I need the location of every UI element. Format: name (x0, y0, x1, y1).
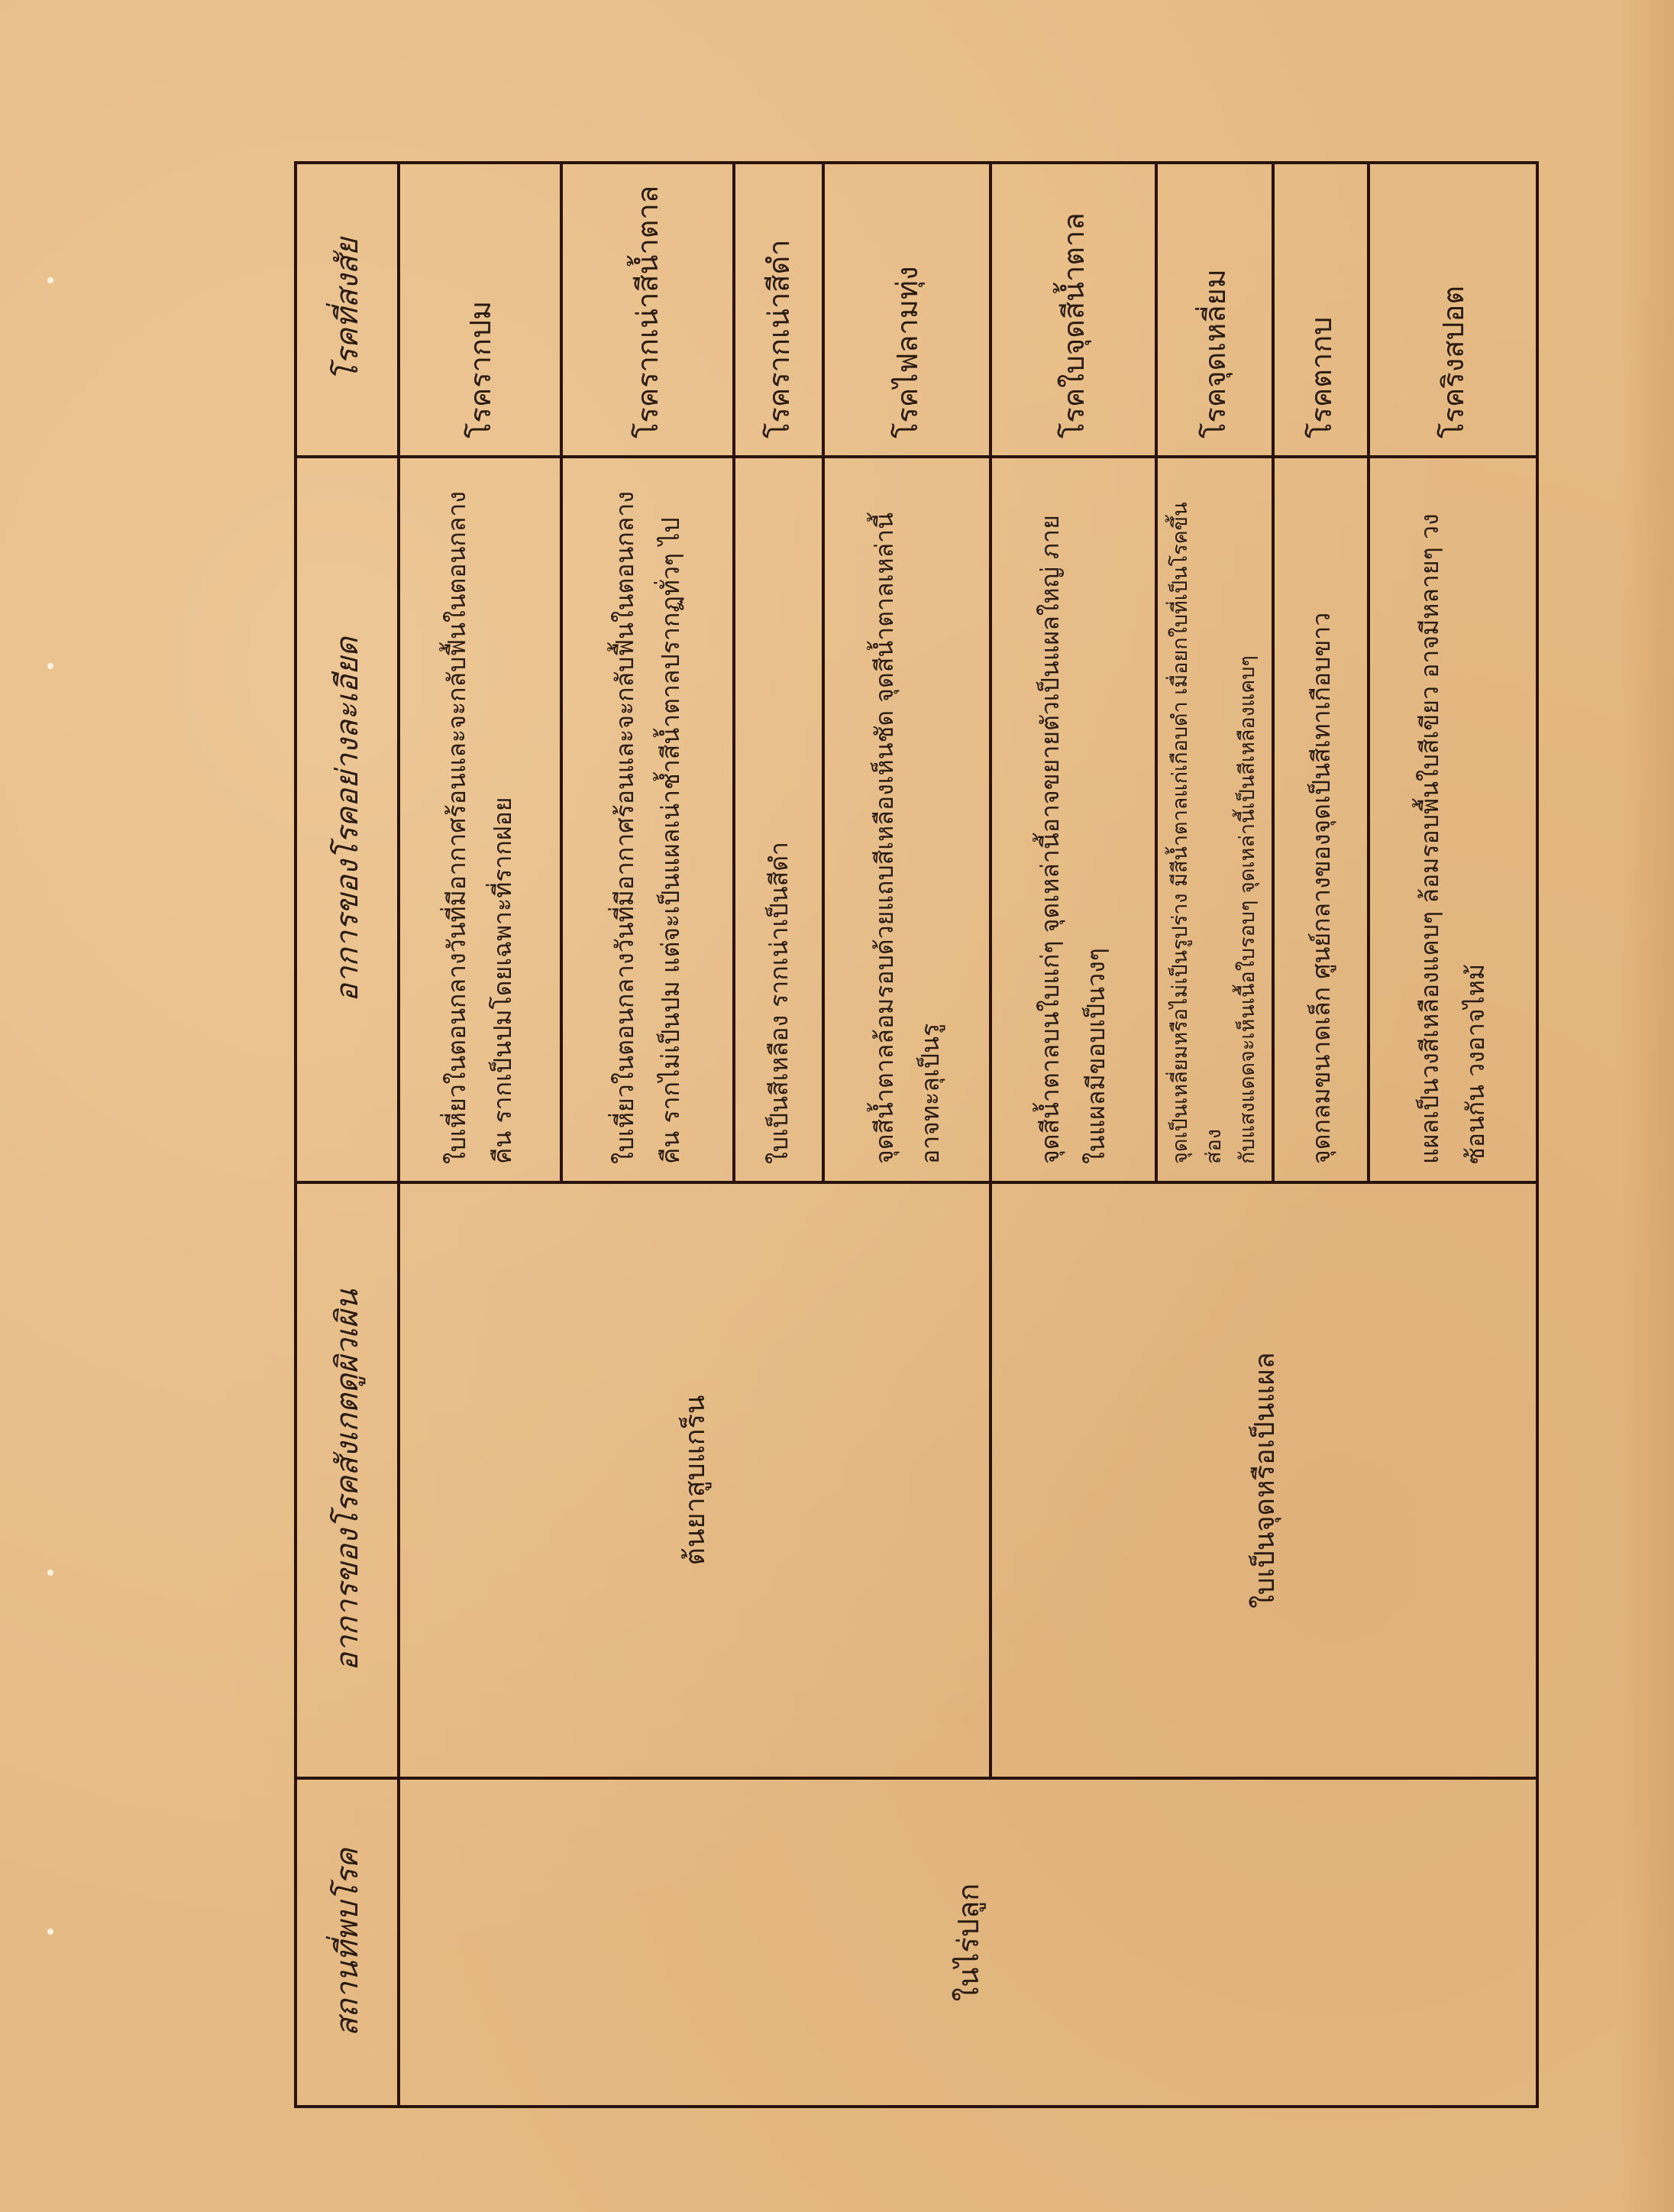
detail-cell: ใบเหี่ยวในตอนกลางวันที่มีอากาศร้อนและจะก… (561, 457, 734, 1182)
detail-line: จุดสีน้ำตาลล้อมรอบด้วยแถบสีเหลืองเห็นชัด… (861, 475, 907, 1164)
paper-edge-shadow (1621, 0, 1674, 2212)
disease-cell: โรครากเน่าสีน้ำตาล (561, 163, 734, 457)
disease-cell: โรคจุดเหลี่ยม (1156, 163, 1274, 457)
punch-hole (47, 1929, 53, 1935)
detail-line: ในแผลมีขอบเป็นวงๆ (1073, 475, 1119, 1164)
header-location: สถานที่พบโรค (296, 1778, 399, 2107)
detail-cell: จุดสีน้ำตาลล้อมรอบด้วยแถบสีเหลืองเห็นชัด… (823, 457, 991, 1182)
rotated-table-frame: สถานที่พบโรค อาการของโรคสังเกตดูผิวเผิน … (294, 164, 1554, 2108)
disease-cell: โรคใบจุดสีน้ำตาล (991, 163, 1155, 457)
detail-line: จุดเป็นเหลี่ยมหรือไม่เป็นรูปร่าง มีสีน้ำ… (1164, 475, 1231, 1164)
punch-hole (47, 277, 53, 283)
detail-line: อาจทะลุเป็นรู (907, 475, 953, 1164)
detail-line: คืน รากเป็นปมโดยเฉพาะที่รากฝอย (480, 475, 525, 1164)
detail-line: ใบเป็นสีเหลือง รากเน่าเป็นสีดำ (756, 475, 802, 1164)
disease-cell: โรครากปม (399, 163, 561, 457)
detail-cell: จุดสีน้ำตาลบนใบแก่ๆ จุดเหล่านี้อาจขยายตั… (991, 457, 1155, 1182)
header-detailed-symptoms: อาการของโรคอย่างละเอียด (296, 457, 399, 1182)
detail-line: ใบเหี่ยวในตอนกลางวันที่มีอากาศร้อนและจะก… (602, 475, 648, 1164)
detail-cell: จุดเป็นเหลี่ยมหรือไม่เป็นรูปร่าง มีสีน้ำ… (1156, 457, 1274, 1182)
disease-cell: โรคไฟลามทุ่ง (823, 163, 991, 457)
detail-cell: จุดกลมขนาดเล็ก ศูนย์กลางของจุดเป็นสีเทาเ… (1273, 457, 1369, 1182)
location-cell: ในไร่ปลูก (399, 1778, 1537, 2107)
table-row: ในไร่ปลูก ต้นยาสูบแกร็น ใบเหี่ยวในตอนกลา… (399, 163, 561, 2107)
header-surface-symptoms: อาการของโรคสังเกตดูผิวเผิน (296, 1182, 399, 1778)
disease-cell: โรคตากบ (1273, 163, 1369, 457)
detail-line: จุดสีน้ำตาลบนใบแก่ๆ จุดเหล่านี้อาจขยายตั… (1027, 475, 1073, 1164)
detail-cell: ใบเหี่ยวในตอนกลางวันที่มีอากาศร้อนและจะก… (399, 457, 561, 1182)
detail-line: แผลเป็นวงสีเหลืองแคบๆ ล้อมรอบพื้นใบสีเขี… (1407, 475, 1453, 1164)
detail-line: คืน รากไม่เป็นปม แต่จะเป็นแผลเน่าช้ำสีน้… (648, 475, 693, 1164)
disease-table: สถานที่พบโรค อาการของโรคสังเกตดูผิวเผิน … (294, 161, 1539, 2108)
header-row: สถานที่พบโรค อาการของโรคสังเกตดูผิวเผิน … (296, 163, 399, 2107)
detail-line: กับแสงแดดจะเห็นเนื้อใบรอบๆ จุดเหล่านี้เป… (1231, 475, 1265, 1164)
header-suspected-disease: โรคที่สงสัย (296, 163, 399, 457)
punch-hole (47, 1570, 53, 1576)
surface-symptom-cell: ใบเป็นจุดหรือเป็นแผล (991, 1182, 1537, 1778)
disease-cell: โรคริงสปอต (1369, 163, 1537, 457)
disease-cell: โรครากเน่าสีดำ (734, 163, 824, 457)
detail-line: ใบเหี่ยวในตอนกลางวันที่มีอากาศร้อนและจะก… (434, 475, 480, 1164)
detail-line: จุดกลมขนาดเล็ก ศูนย์กลางของจุดเป็นสีเทาเ… (1298, 475, 1344, 1164)
detail-cell: ใบเป็นสีเหลือง รากเน่าเป็นสีดำ (734, 457, 824, 1182)
detail-line: ซ้อนกัน วงอาจไหม้ (1453, 475, 1498, 1164)
punch-hole (47, 663, 53, 669)
surface-symptom-cell: ต้นยาสูบแกร็น (399, 1182, 991, 1778)
detail-cell: แผลเป็นวงสีเหลืองแคบๆ ล้อมรอบพื้นใบสีเขี… (1369, 457, 1537, 1182)
